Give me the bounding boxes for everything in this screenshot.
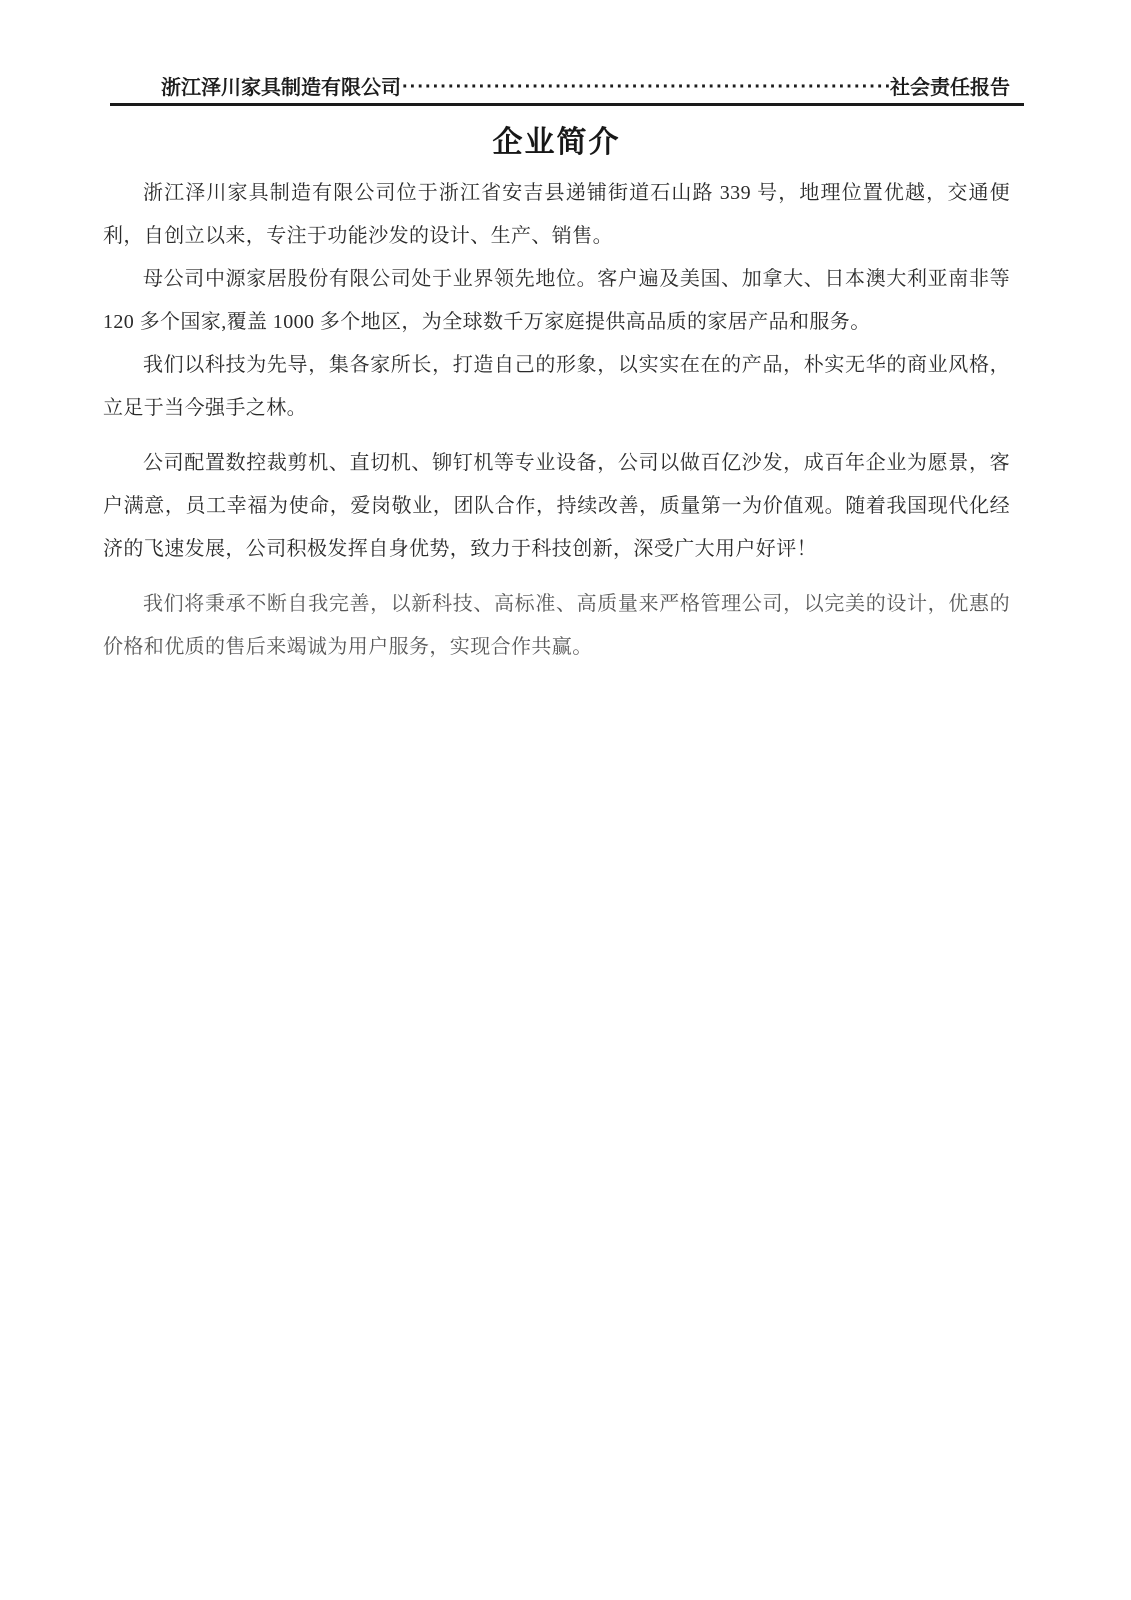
page-header: 浙江泽川家具制造有限公司 ···························… [103,76,1010,100]
page-title: 企业简介 [103,123,1010,163]
paragraph-technology-image: 我们以科技为先导，集各家所长，打造自己的形象，以实实在在的产品，朴实无华的商业风… [103,344,1010,430]
document-page: 浙江泽川家具制造有限公司 ···························… [103,0,1010,1600]
dot-leader: ········································… [402,75,889,99]
paragraph-company-location: 浙江泽川家具制造有限公司位于浙江省安吉县递铺街道石山路 339 号，地理位置优越… [103,172,1010,258]
header-rule [110,103,1024,106]
paragraph-equipment-values: 公司配置数控裁剪机、直切机、铆钉机等专业设备，公司以做百亿沙发，成百年企业为愿景… [103,442,1010,571]
paragraph-parent-company: 母公司中源家居股份有限公司处于业界领先地位。客户遍及美国、加拿大、日本澳大利亚南… [103,258,1010,344]
header-company-name: 浙江泽川家具制造有限公司 [161,76,401,100]
paragraph-commitment: 我们将秉承不断自我完善，以新科技、高标准、高质量来严格管理公司，以完美的设计，优… [103,583,1010,669]
header-report-title: 社会责任报告 [890,76,1010,100]
